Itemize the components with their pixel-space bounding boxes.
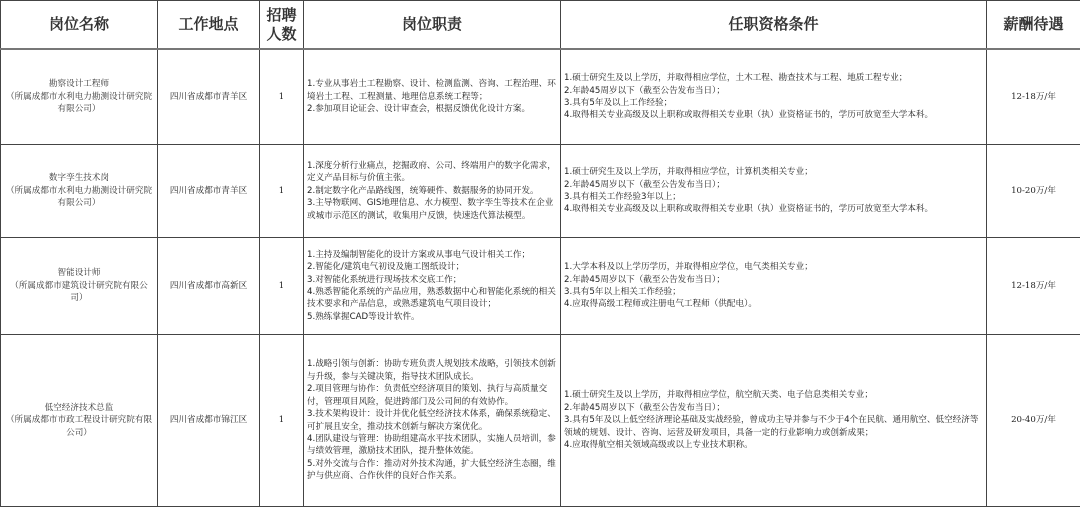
headcount-cell: 1 xyxy=(260,145,304,238)
header-headcount-line1: 招聘 xyxy=(260,6,303,25)
table-row: 低空经济技术总监 （所属成都市市政工程设计研究院有限公司） 四川省成都市锦江区 … xyxy=(1,335,1080,507)
position-cell: 智能设计师 （所属成都市建筑设计研究院有限公司） xyxy=(1,238,158,335)
duty-item: 4.熟悉智能化系统的产品应用，熟悉数据中心和智能化系统的相关技术要求和产品信息，… xyxy=(307,286,557,311)
qualifications-cell: 1.硕士研究生及以上学历，并取得相应学位，航空航天类、电子信息类相关专业； 2.… xyxy=(561,335,987,507)
duty-item: 5.熟练掌握CAD等设计软件。 xyxy=(307,311,557,323)
salary-cell: 20-40万/年 xyxy=(987,335,1080,507)
location-cell: 四川省成都市锦江区 xyxy=(158,335,260,507)
qualification-item: 4.取得相关专业高级及以上职称或取得相关专业职（执）业资格证书的，学历可放宽至大… xyxy=(564,203,983,215)
qualification-item: 2.年龄45周岁以下（截至公告发布当日）； xyxy=(564,402,983,414)
qualification-item: 3.具有5年及以上低空经济理论基础及实战经验，曾成功主导并参与不少于4个在民航、… xyxy=(564,414,983,439)
salary-cell: 12-18万/年 xyxy=(987,238,1080,335)
duty-item: 3.对智能化系统进行现场技术交底工作； xyxy=(307,274,557,286)
header-duties: 岗位职责 xyxy=(304,1,561,50)
qualification-item: 4.应取得航空相关领域高级或以上专业技术职称。 xyxy=(564,439,983,451)
header-qualifications: 任职资格条件 xyxy=(561,1,987,50)
header-location: 工作地点 xyxy=(158,1,260,50)
duty-item: 2.项目管理与协作：负责低空经济项目的策划、执行与高质量交付，管理项目风险，促进… xyxy=(307,383,557,408)
location-cell: 四川省成都市青羊区 xyxy=(158,49,260,145)
position-company: （所属成都市水利电力勘测设计研究院有限公司） xyxy=(4,91,154,116)
duty-item: 5.对外交流与合作：推动对外技术沟通，扩大低空经济生态圈，维护与供应商、合作伙伴… xyxy=(307,458,557,483)
position-company: （所属成都市建筑设计研究院有限公司） xyxy=(4,280,154,305)
qualification-item: 1.硕士研究生及以上学历，并取得相应学位，航空航天类、电子信息类相关专业； xyxy=(564,389,983,401)
position-title: 数字孪生技术岗 xyxy=(4,172,154,184)
headcount-cell: 1 xyxy=(260,335,304,507)
position-title: 低空经济技术总监 xyxy=(4,402,154,414)
duties-cell: 1.深度分析行业痛点，挖掘政府、公司、终端用户的数字化需求，定义产品目标与价值主… xyxy=(304,145,561,238)
position-cell: 数字孪生技术岗 （所属成都市水利电力勘测设计研究院有限公司） xyxy=(1,145,158,238)
headcount-cell: 1 xyxy=(260,49,304,145)
qualification-item: 2.年龄45周岁以下（截至公告发布当日）； xyxy=(564,274,983,286)
header-headcount: 招聘 人数 xyxy=(260,1,304,50)
qualification-item: 1.大学本科及以上学历学历，并取得相应学位，电气类相关专业； xyxy=(564,261,983,273)
duty-item: 3.技术架构设计：设计并优化低空经济技术体系，确保系统稳定、可扩展且安全，推动技… xyxy=(307,408,557,433)
header-row: 岗位名称 工作地点 招聘 人数 岗位职责 任职资格条件 薪酬待遇 xyxy=(1,1,1080,50)
duties-cell: 1.主持及编制智能化的设计方案或从事电气设计相关工作； 2.智能化/建筑电气初设… xyxy=(304,238,561,335)
salary-cell: 10-20万/年 xyxy=(987,145,1080,238)
qualification-item: 4.取得相关专业高级及以上职称或取得相关专业职（执）业资格证书的，学历可放宽至大… xyxy=(564,109,983,121)
qualification-item: 4.应取得高级工程师或注册电气工程师（供配电）。 xyxy=(564,298,983,310)
duty-item: 1.主持及编制智能化的设计方案或从事电气设计相关工作； xyxy=(307,249,557,261)
duty-item: 2.制定数字化产品路线图，统筹硬件、数据服务的协同开发。 xyxy=(307,185,557,197)
header-salary: 薪酬待遇 xyxy=(987,1,1080,50)
position-title: 智能设计师 xyxy=(4,267,154,279)
header-position: 岗位名称 xyxy=(1,1,158,50)
salary-cell: 12-18万/年 xyxy=(987,49,1080,145)
qualification-item: 2.年龄45周岁以下（截至公告发布当日）； xyxy=(564,85,983,97)
qualifications-cell: 1.硕士研究生及以上学历，并取得相应学位，土木工程、勘查技术与工程、地质工程专业… xyxy=(561,49,987,145)
position-company: （所属成都市市政工程设计研究院有限公司） xyxy=(4,414,154,439)
qualification-item: 2.年龄45周岁以下（截至公告发布当日）； xyxy=(564,179,983,191)
headcount-cell: 1 xyxy=(260,238,304,335)
duty-item: 4.团队建设与管理：协助组建高水平技术团队，实施人员培训，参与绩效管理，激励技术… xyxy=(307,433,557,458)
qualifications-cell: 1.硕士研究生及以上学历，并取得相应学位，计算机类相关专业； 2.年龄45周岁以… xyxy=(561,145,987,238)
qualification-item: 3.具有5年及以上工作经验； xyxy=(564,97,983,109)
duty-item: 1.专业从事岩土工程勘察、设计、检测监测、咨询、工程治理、环境岩土工程、工程测量… xyxy=(307,78,557,103)
job-listing-table: 岗位名称 工作地点 招聘 人数 岗位职责 任职资格条件 薪酬待遇 勘察设计工程师… xyxy=(0,0,1080,507)
table-row: 智能设计师 （所属成都市建筑设计研究院有限公司） 四川省成都市高新区 1 1.主… xyxy=(1,238,1080,335)
table-row: 勘察设计工程师 （所属成都市水利电力勘测设计研究院有限公司） 四川省成都市青羊区… xyxy=(1,49,1080,145)
position-title: 勘察设计工程师 xyxy=(4,78,154,90)
duty-item: 2.参加项目论证会、设计审查会，根据反馈优化设计方案。 xyxy=(307,103,557,115)
duty-item: 2.智能化/建筑电气初设及施工图纸设计； xyxy=(307,261,557,273)
location-cell: 四川省成都市青羊区 xyxy=(158,145,260,238)
location-cell: 四川省成都市高新区 xyxy=(158,238,260,335)
qualifications-cell: 1.大学本科及以上学历学历，并取得相应学位，电气类相关专业； 2.年龄45周岁以… xyxy=(561,238,987,335)
qualification-item: 1.硕士研究生及以上学历，并取得相应学位，土木工程、勘查技术与工程、地质工程专业… xyxy=(564,72,983,84)
position-cell: 勘察设计工程师 （所属成都市水利电力勘测设计研究院有限公司） xyxy=(1,49,158,145)
duty-item: 1.战略引领与创新：协助专班负责人规划技术战略，引领技术创新与升级，参与关键决策… xyxy=(307,358,557,383)
qualification-item: 3.具有5年以上相关工作经验； xyxy=(564,286,983,298)
duty-item: 1.深度分析行业痛点，挖掘政府、公司、终端用户的数字化需求，定义产品目标与价值主… xyxy=(307,160,557,185)
table-row: 数字孪生技术岗 （所属成都市水利电力勘测设计研究院有限公司） 四川省成都市青羊区… xyxy=(1,145,1080,238)
qualification-item: 3.具有相关工作经验3年以上； xyxy=(564,191,983,203)
qualification-item: 1.硕士研究生及以上学历，并取得相应学位，计算机类相关专业； xyxy=(564,166,983,178)
position-cell: 低空经济技术总监 （所属成都市市政工程设计研究院有限公司） xyxy=(1,335,158,507)
header-headcount-line2: 人数 xyxy=(260,25,303,44)
duties-cell: 1.战略引领与创新：协助专班负责人规划技术战略，引领技术创新与升级，参与关键决策… xyxy=(304,335,561,507)
position-company: （所属成都市水利电力勘测设计研究院有限公司） xyxy=(4,185,154,210)
duties-cell: 1.专业从事岩土工程勘察、设计、检测监测、咨询、工程治理、环境岩土工程、工程测量… xyxy=(304,49,561,145)
duty-item: 3.主导物联网、GIS地理信息、水力模型、数字孪生等技术在企业或城市示范区的测试… xyxy=(307,197,557,222)
